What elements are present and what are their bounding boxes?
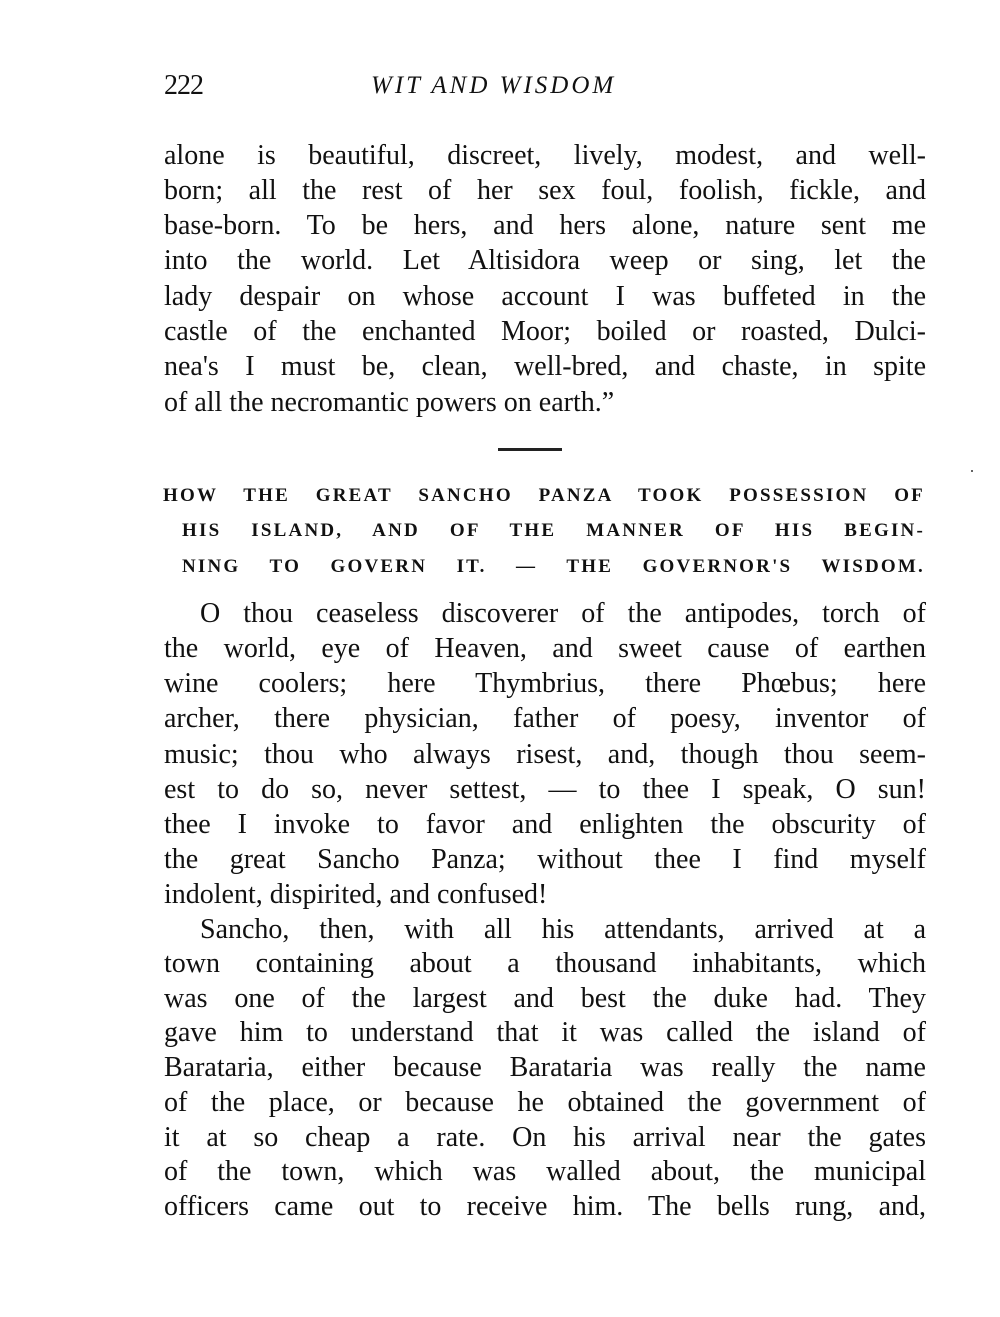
text-line: alone is beautiful, discreet, lively, mo… — [164, 138, 926, 173]
text-line: born; all the rest of her sex foul, fool… — [164, 173, 926, 208]
text-line: base-born. To be hers, and hers alone, n… — [164, 208, 926, 243]
text-line: officers came out to receive him. The be… — [164, 1189, 926, 1224]
text-line: music; thou who always risest, and, thou… — [164, 737, 926, 772]
text-line: O thou ceaseless discoverer of the antip… — [200, 596, 926, 631]
running-head: 222 WIT AND WISDOM — [164, 70, 926, 110]
text-line: wine coolers; here Thymbrius, there Phœb… — [164, 666, 926, 701]
text-line: nea's I must be, clean, well-bred, and c… — [164, 349, 926, 384]
text-line: Sancho, then, with all his attendants, a… — [200, 912, 926, 947]
heading-line: HIS ISLAND, AND OF THE MANNER OF HIS BEG… — [182, 519, 925, 543]
text-line: lady despair on whose account I was buff… — [164, 279, 926, 314]
text-line: the great Sancho Panza; without thee I f… — [164, 842, 926, 877]
print-speck — [971, 470, 973, 472]
text-line: the world, eye of Heaven, and sweet caus… — [164, 631, 926, 666]
section-divider-rule — [498, 448, 562, 451]
text-line: est to do so, never settest, — to thee I… — [164, 772, 926, 807]
text-line: archer, there physician, father of poesy… — [164, 701, 926, 736]
text-line: of all the necromantic powers on earth.” — [164, 385, 926, 420]
text-line: gave him to understand that it was calle… — [164, 1015, 926, 1050]
text-line: of the town, which was walled about, the… — [164, 1154, 926, 1189]
text-line: thee I invoke to favor and enlighten the… — [164, 807, 926, 842]
heading-line: HOW THE GREAT SANCHO PANZA TOOK POSSESSI… — [163, 484, 925, 508]
text-line: town containing about a thousand inhabit… — [164, 946, 926, 981]
text-line: into the world. Let Altisidora weep or s… — [164, 243, 926, 278]
text-line: of the place, or because he obtained the… — [164, 1085, 926, 1120]
text-line: it at so cheap a rate. On his arrival ne… — [164, 1120, 926, 1155]
text-line: Barataria, either because Barataria was … — [164, 1050, 926, 1085]
text-line: indolent, dispirited, and confused! — [164, 877, 926, 912]
page-number: 222 — [164, 70, 203, 102]
text-line: was one of the largest and best the duke… — [164, 981, 926, 1016]
heading-line: NING TO GOVERN IT. — THE GOVERNOR'S WISD… — [182, 555, 925, 579]
book-page: 222 WIT AND WISDOM alone is beautiful, d… — [0, 0, 1000, 1317]
text-line: castle of the enchanted Moor; boiled or … — [164, 314, 926, 349]
running-title: WIT AND WISDOM — [371, 72, 616, 100]
